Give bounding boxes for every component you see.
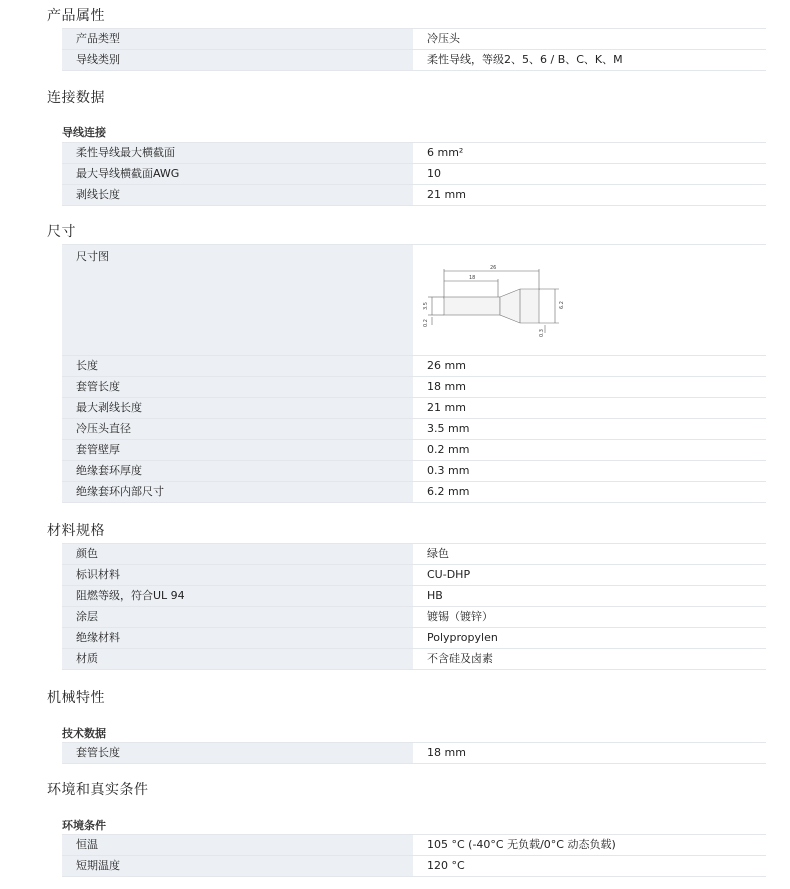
mechanical-properties-table: 套管长度 18 mm xyxy=(62,742,766,764)
row-label: 柔性导线最大横截面 xyxy=(62,143,413,163)
row-value: 6.2 mm xyxy=(413,482,766,502)
row-label: 绝缘材料 xyxy=(62,628,413,648)
table-row: 标识材料 CU-DHP xyxy=(62,565,766,586)
table-row: 套管长度 18 mm xyxy=(62,742,766,764)
row-value: 21 mm xyxy=(413,185,766,205)
table-row: 最大导线横截面AWG 10 xyxy=(62,164,766,185)
table-row: 套管长度 18 mm xyxy=(62,377,766,398)
dimensions-table: 尺寸图 xyxy=(62,244,766,503)
section-title-connection-data: 连接数据 xyxy=(47,87,105,107)
row-value: 10 xyxy=(413,164,766,184)
row-label: 剥线长度 xyxy=(62,185,413,205)
svg-text:18: 18 xyxy=(469,275,475,281)
row-label: 阻燃等级，符合UL 94 xyxy=(62,586,413,606)
table-row: 短期温度 120 °C xyxy=(62,856,766,877)
row-value: 18 mm xyxy=(413,743,766,763)
material-specs-table: 颜色 绿色 标识材料 CU-DHP 阻燃等级，符合UL 94 HB 涂层 镀锡（… xyxy=(62,543,766,670)
row-label: 涂层 xyxy=(62,607,413,627)
row-value: 18 mm xyxy=(413,377,766,397)
row-label: 短期温度 xyxy=(62,856,413,876)
row-label: 长度 xyxy=(62,356,413,376)
svg-text:6.2: 6.2 xyxy=(559,301,565,309)
row-label: 最大剥线长度 xyxy=(62,398,413,418)
ferrule-drawing-icon: 26 18 3.5 0.2 6.2 0.3 xyxy=(413,257,573,347)
row-value: 0.2 mm xyxy=(413,440,766,460)
row-label: 导线类别 xyxy=(62,50,413,70)
row-label: 套管壁厚 xyxy=(62,440,413,460)
row-label: 材质 xyxy=(62,649,413,669)
section-title-mechanical-properties: 机械特性 xyxy=(47,687,105,707)
svg-text:26: 26 xyxy=(490,265,496,271)
table-row: 阻燃等级，符合UL 94 HB xyxy=(62,586,766,607)
row-label: 冷压头直径 xyxy=(62,419,413,439)
row-value: 镀锡（镀锌） xyxy=(413,607,766,627)
connection-data-table: 柔性导线最大横截面 6 mm² 最大导线横截面AWG 10 剥线长度 21 mm xyxy=(62,142,766,206)
row-label: 尺寸图 xyxy=(62,245,413,355)
row-label: 套管长度 xyxy=(62,377,413,397)
subsection-title-wire-connection: 导线连接 xyxy=(62,124,106,140)
subsection-title-ambient-conditions: 环境条件 xyxy=(62,817,106,833)
subsection-title-technical-data: 技术数据 xyxy=(62,725,106,741)
table-row: 柔性导线最大横截面 6 mm² xyxy=(62,142,766,164)
row-label: 恒温 xyxy=(62,835,413,855)
table-row: 导线类别 柔性导线，等级2、5、6 / B、C、K、M xyxy=(62,50,766,71)
table-row: 冷压头直径 3.5 mm xyxy=(62,419,766,440)
row-label: 套管长度 xyxy=(62,743,413,763)
table-row: 长度 26 mm xyxy=(62,356,766,377)
dimension-drawing: 26 18 3.5 0.2 6.2 0.3 xyxy=(413,245,766,355)
section-title-dimensions: 尺寸 xyxy=(47,221,76,241)
row-label: 产品类型 xyxy=(62,29,413,49)
svg-text:0.3: 0.3 xyxy=(539,329,545,337)
environmental-conditions-table: 恒温 105 °C (-40°C 无负载/0°C 动态负载) 短期温度 120 … xyxy=(62,834,766,877)
table-row: 颜色 绿色 xyxy=(62,543,766,565)
row-label: 最大导线横截面AWG xyxy=(62,164,413,184)
row-label: 绝缘套环内部尺寸 xyxy=(62,482,413,502)
row-value: 不含硅及卤素 xyxy=(413,649,766,669)
row-value: CU-DHP xyxy=(413,565,766,585)
row-value: 冷压头 xyxy=(413,29,766,49)
row-value: 21 mm xyxy=(413,398,766,418)
table-row: 绝缘套环内部尺寸 6.2 mm xyxy=(62,482,766,503)
section-title-environmental-conditions: 环境和真实条件 xyxy=(47,779,149,799)
section-title-material-specs: 材料规格 xyxy=(47,520,105,540)
svg-text:3.5: 3.5 xyxy=(423,302,429,310)
svg-text:0.2: 0.2 xyxy=(423,319,429,327)
row-value: 6 mm² xyxy=(413,143,766,163)
table-row: 恒温 105 °C (-40°C 无负载/0°C 动态负载) xyxy=(62,834,766,856)
row-value: 柔性导线，等级2、5、6 / B、C、K、M xyxy=(413,50,766,70)
table-row: 产品类型 冷压头 xyxy=(62,28,766,50)
row-value: 120 °C xyxy=(413,856,766,876)
section-title-product-properties: 产品属性 xyxy=(47,5,105,25)
row-value: 105 °C (-40°C 无负载/0°C 动态负载) xyxy=(413,835,766,855)
row-label: 颜色 xyxy=(62,544,413,564)
table-row: 材质 不含硅及卤素 xyxy=(62,649,766,670)
table-row: 套管壁厚 0.2 mm xyxy=(62,440,766,461)
row-label: 绝缘套环厚度 xyxy=(62,461,413,481)
row-label: 标识材料 xyxy=(62,565,413,585)
row-value: 26 mm xyxy=(413,356,766,376)
row-value: 0.3 mm xyxy=(413,461,766,481)
row-value: 3.5 mm xyxy=(413,419,766,439)
table-row: 绝缘套环厚度 0.3 mm xyxy=(62,461,766,482)
table-row-diagram: 尺寸图 xyxy=(62,244,766,356)
table-row: 涂层 镀锡（镀锌） xyxy=(62,607,766,628)
row-value: Polypropylen xyxy=(413,628,766,648)
row-value: 绿色 xyxy=(413,544,766,564)
table-row: 最大剥线长度 21 mm xyxy=(62,398,766,419)
table-row: 绝缘材料 Polypropylen xyxy=(62,628,766,649)
product-properties-table: 产品类型 冷压头 导线类别 柔性导线，等级2、5、6 / B、C、K、M xyxy=(62,28,766,71)
table-row: 剥线长度 21 mm xyxy=(62,185,766,206)
row-value: HB xyxy=(413,586,766,606)
